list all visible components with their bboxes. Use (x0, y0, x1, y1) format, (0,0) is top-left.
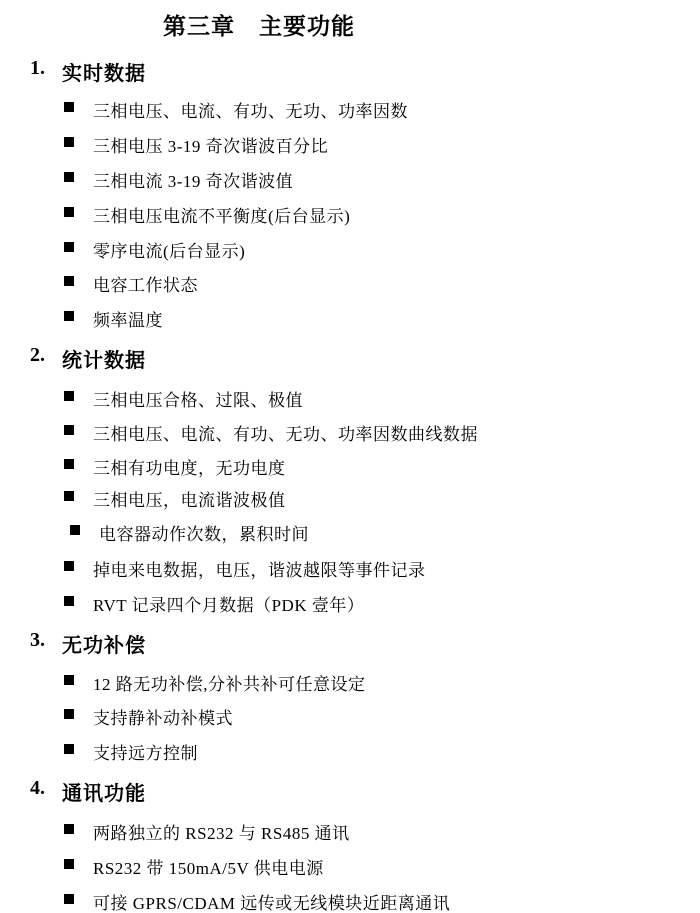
section-3-header: 3. 无功补偿 (0, 629, 700, 655)
section-number: 1. (30, 57, 45, 80)
bullet-square-icon (64, 137, 74, 147)
list-item-text: 支持静补动补模式 (93, 704, 233, 729)
section-1-header: 1. 实时数据 (0, 57, 700, 83)
bullet-square-icon (64, 596, 74, 606)
list-item-text: 频率温度 (93, 306, 163, 331)
list-item-text: 两路独立的 RS232 与 RS485 通讯 (93, 819, 350, 844)
list-item: RS232 带 150mA/5V 供电电源 (0, 854, 700, 876)
list-item-text: 掉电来电数据，电压，谐波越限等事件记录 (93, 556, 426, 581)
bullet-square-icon (64, 491, 74, 501)
list-item: 零序电流(后台显示) (0, 237, 700, 259)
list-item: 三相电压 3-19 奇次谐波百分比 (0, 132, 700, 154)
list-item: 掉电来电数据，电压，谐波越限等事件记录 (0, 556, 700, 578)
bullet-square-icon (70, 525, 80, 535)
bullet-square-icon (64, 207, 74, 217)
bullet-square-icon (64, 744, 74, 754)
bullet-square-icon (64, 276, 74, 286)
list-item-text: 12 路无功补偿,分补共补可任意设定 (93, 670, 366, 695)
bullet-square-icon (64, 894, 74, 904)
bullet-square-icon (64, 824, 74, 834)
list-item-text: 三相电流 3-19 奇次谐波值 (93, 167, 293, 192)
list-item-text: 电容工作状态 (93, 271, 198, 296)
document-page: 第三章 主要功能 1. 实时数据 三相电压、电流、有功、无功、功率因数 三相电压… (0, 0, 700, 913)
list-item-text: 可接 GPRS/CDAM 远传或无线模块近距离通讯 (93, 889, 450, 913)
list-item: RVT 记录四个月数据（PDK 壹年） (0, 591, 700, 613)
list-item-text: 三相电压电流不平衡度(后台显示) (93, 202, 350, 227)
list-item: 12 路无功补偿,分补共补可任意设定 (0, 670, 700, 692)
section-title: 统计数据 (62, 344, 146, 373)
list-item-text: 电容器动作次数，累积时间 (99, 520, 309, 545)
bullet-square-icon (64, 859, 74, 869)
list-item-text: 三相有功电度，无功电度 (93, 454, 286, 479)
list-item-text: 三相电压、电流、有功、无功、功率因数曲线数据 (93, 420, 478, 445)
list-item-text: 三相电压、电流、有功、无功、功率因数 (93, 97, 408, 122)
list-item-text: RS232 带 150mA/5V 供电电源 (93, 854, 324, 879)
bullet-square-icon (64, 391, 74, 401)
list-item: 三相电流 3-19 奇次谐波值 (0, 167, 700, 189)
list-item: 三相有功电度，无功电度 (0, 454, 700, 476)
section-number: 2. (30, 344, 45, 367)
list-item: 可接 GPRS/CDAM 远传或无线模块近距离通讯 (0, 889, 700, 911)
list-item: 三相电压、电流、有功、无功、功率因数 (0, 97, 700, 119)
bullet-square-icon (64, 102, 74, 112)
bullet-square-icon (64, 172, 74, 182)
section-4-header: 4. 通讯功能 (0, 777, 700, 803)
list-item: 两路独立的 RS232 与 RS485 通讯 (0, 819, 700, 841)
bullet-square-icon (64, 311, 74, 321)
bullet-square-icon (64, 675, 74, 685)
chapter-title: 第三章 主要功能 (163, 8, 355, 41)
list-item-text: 支持远方控制 (93, 739, 198, 764)
list-item-text: RVT 记录四个月数据（PDK 壹年） (93, 591, 364, 616)
list-item-text: 三相电压合格、过限、极值 (93, 386, 303, 411)
section-2-header: 2. 统计数据 (0, 344, 700, 370)
bullet-square-icon (64, 425, 74, 435)
section-title: 无功补偿 (62, 629, 146, 658)
list-item-text: 零序电流(后台显示) (93, 237, 245, 262)
list-item: 三相电压电流不平衡度(后台显示) (0, 202, 700, 224)
bullet-square-icon (64, 459, 74, 469)
list-item: 电容器动作次数，累积时间 (0, 520, 700, 542)
bullet-square-icon (64, 709, 74, 719)
list-item: 支持远方控制 (0, 739, 700, 761)
section-title: 通讯功能 (62, 777, 146, 806)
list-item: 三相电压，电流谐波极值 (0, 486, 700, 508)
section-number: 3. (30, 629, 45, 652)
bullet-square-icon (64, 242, 74, 252)
section-number: 4. (30, 777, 45, 800)
list-item-text: 三相电压 3-19 奇次谐波百分比 (93, 132, 328, 157)
list-item: 支持静补动补模式 (0, 704, 700, 726)
list-item: 三相电压合格、过限、极值 (0, 386, 700, 408)
list-item-text: 三相电压，电流谐波极值 (93, 486, 286, 511)
bullet-square-icon (64, 561, 74, 571)
list-item: 三相电压、电流、有功、无功、功率因数曲线数据 (0, 420, 700, 442)
section-title: 实时数据 (62, 57, 146, 86)
list-item: 频率温度 (0, 306, 700, 328)
list-item: 电容工作状态 (0, 271, 700, 293)
